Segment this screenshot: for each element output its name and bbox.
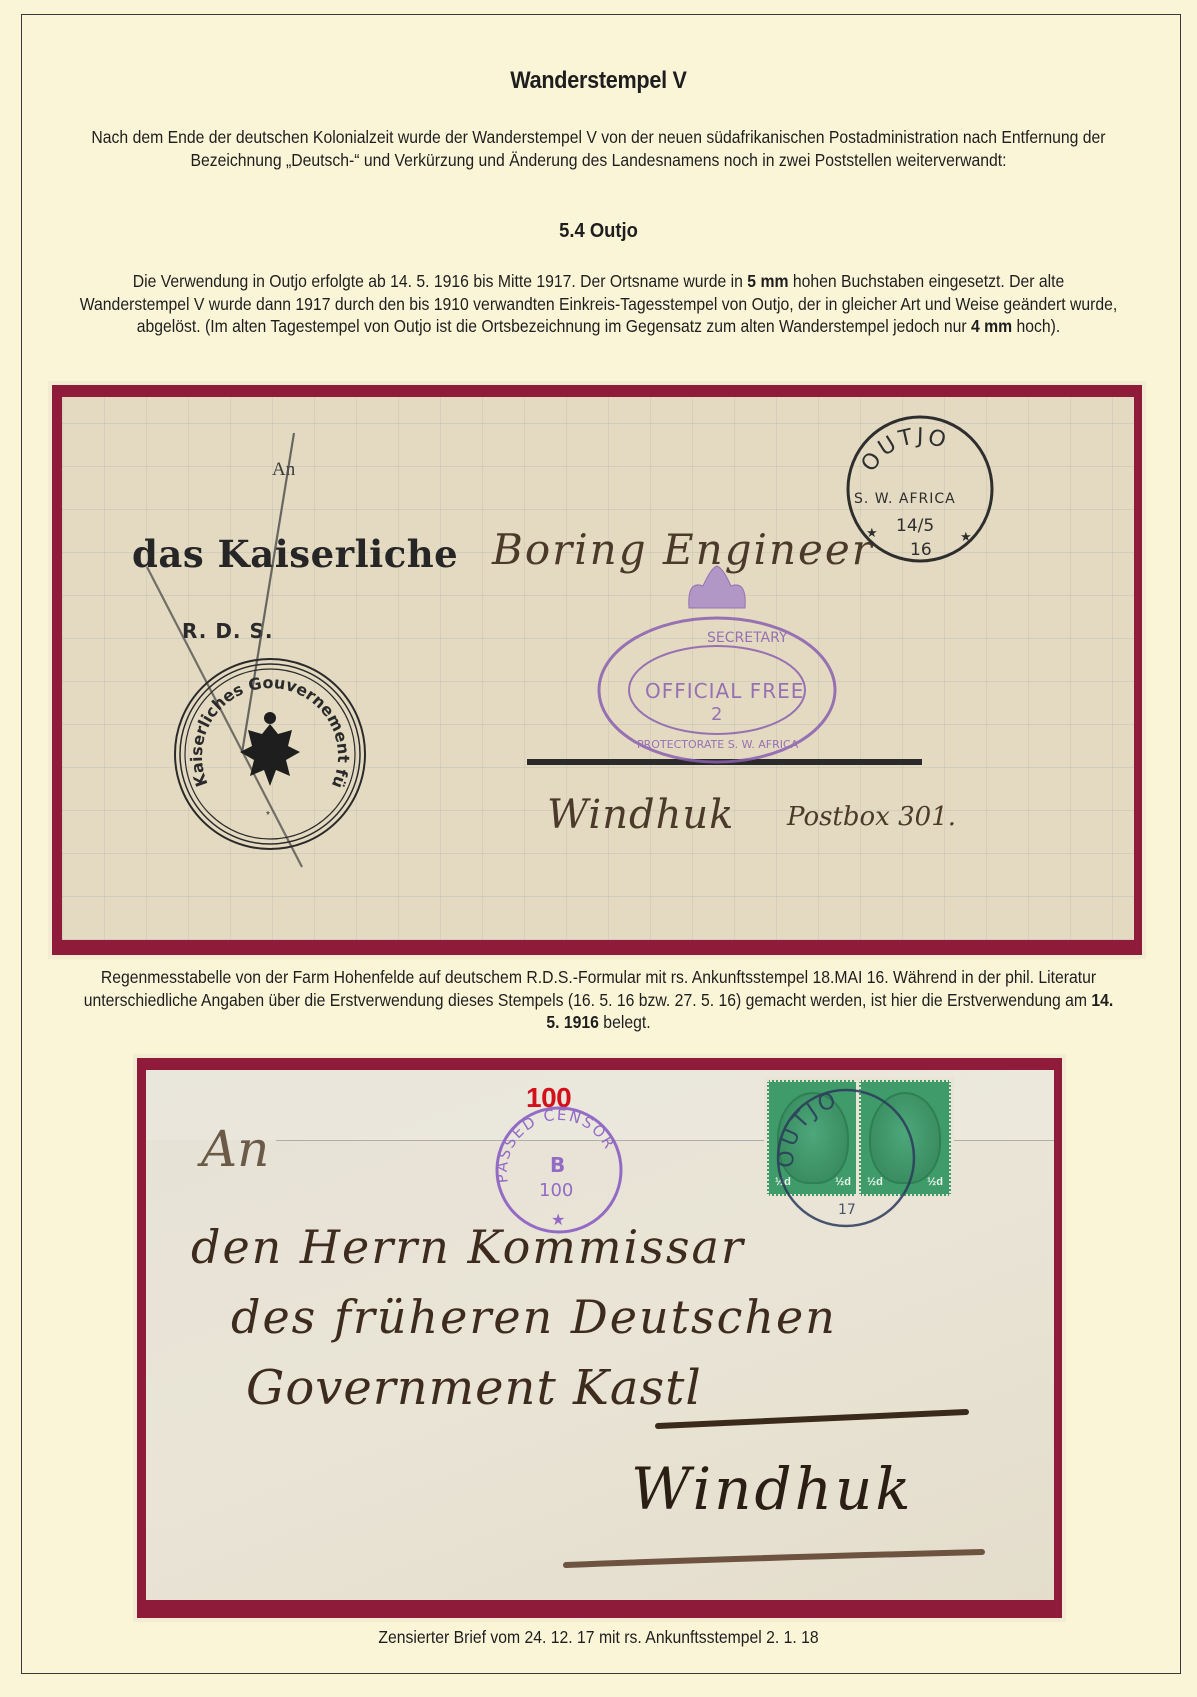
svg-text:17: 17 (838, 1202, 856, 1218)
censored-letter-cover: 100 An den Herrn Kommissar des früheren … (146, 1070, 1054, 1600)
outjo-postmark-icon: OUTJO S. W. AFRICA 14/5 16 ★ ★ (848, 417, 992, 561)
section-heading: 5.4 Outjo (48, 220, 1149, 243)
rainfall-form-cover: An das Kaiserliche R. D. S. Boring Engin… (62, 397, 1134, 940)
svg-text:★: ★ (551, 1212, 565, 1229)
svg-text:14/5: 14/5 (896, 516, 934, 536)
page-title: Wanderstempel V (60, 67, 1137, 95)
cover2-marks: PASSED CENSOR B 100 ★ OUTJO 17 (146, 1070, 1054, 1600)
svg-text:PROTECTORATE S. W. AFRICA: PROTECTORATE S. W. AFRICA (637, 738, 799, 751)
svg-text:S. W. AFRICA: S. W. AFRICA (854, 491, 956, 507)
cover2-caption: Zensierter Brief vom 24. 12. 17 mit rs. … (78, 1626, 1119, 1649)
svg-text:16: 16 (910, 540, 932, 560)
svg-text:100: 100 (539, 1180, 573, 1201)
description-text: hoch). (1012, 316, 1060, 336)
svg-text:OUTJO: OUTJO (774, 1087, 842, 1168)
svg-text:★: ★ (960, 529, 972, 544)
outjo-postmark-icon: OUTJO 17 (774, 1087, 914, 1226)
cover1-marks: Kaiserliches Gouvernement für Südwestafr… (62, 397, 1134, 940)
imperial-seal-icon: Kaiserliches Gouvernement für Südwestafr… (175, 659, 365, 849)
svg-text:SECRETARY: SECRETARY (707, 630, 788, 646)
cover-mount-2: 100 An den Herrn Kommissar des früheren … (137, 1058, 1062, 1618)
cover-mount-1: An das Kaiserliche R. D. S. Boring Engin… (52, 385, 1142, 955)
cover1-caption: Regenmesstabelle von der Farm Hohenfelde… (78, 966, 1119, 1034)
svg-text:OUTJO: OUTJO (857, 424, 952, 476)
caption-text: belegt. (599, 1012, 651, 1032)
svg-text:★: ★ (866, 525, 878, 540)
caption-text: Regenmesstabelle von der Farm Hohenfelde… (84, 967, 1096, 1010)
svg-text:B: B (550, 1153, 565, 1177)
description-bold-5mm: 5 mm (747, 271, 788, 291)
description-text: Die Verwendung in Outjo erfolgte ab 14. … (133, 271, 748, 291)
description-bold-4mm: 4 mm (971, 316, 1012, 336)
official-free-stamp-icon: OFFICIAL FREE 2 SECRETARY PROTECTORATE S… (599, 566, 835, 762)
svg-text:2: 2 (711, 704, 722, 725)
svg-text:*: * (266, 810, 270, 821)
intro-paragraph: Nach dem Ende der deutschen Kolonialzeit… (78, 126, 1119, 171)
description-paragraph: Die Verwendung in Outjo erfolgte ab 14. … (78, 270, 1119, 338)
passed-censor-mark-icon: PASSED CENSOR B 100 ★ (493, 1106, 621, 1232)
svg-text:OFFICIAL FREE: OFFICIAL FREE (645, 679, 804, 703)
